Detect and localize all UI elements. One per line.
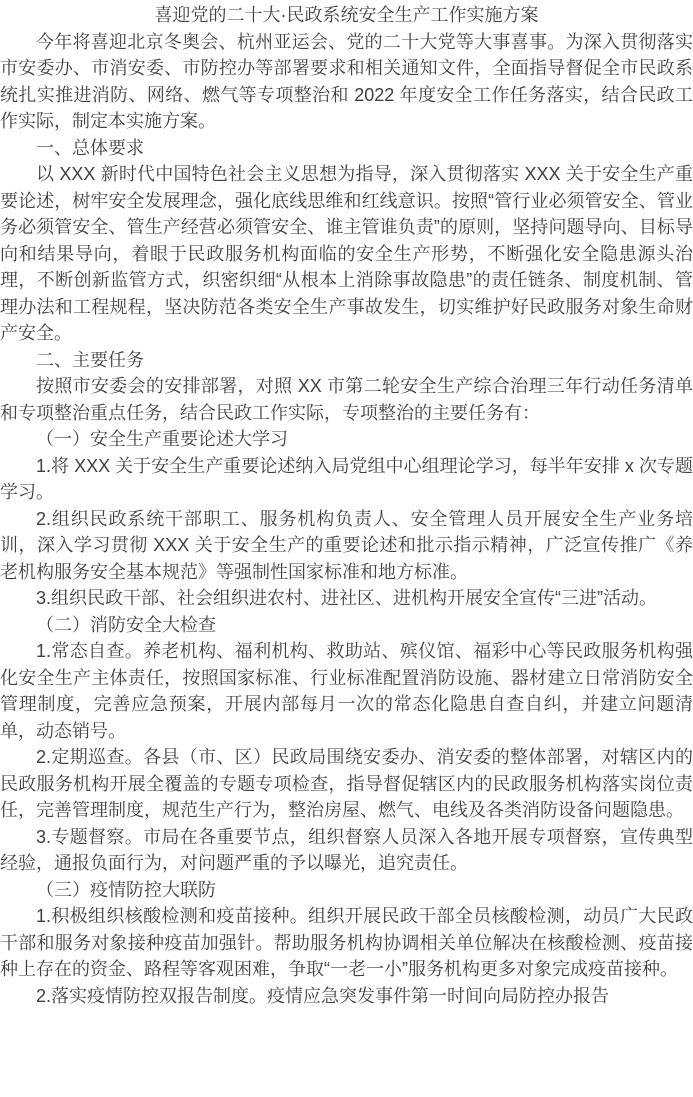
section-heading: （三）疫情防控大联防 [0,877,693,904]
paragraph: 2.定期巡查。各县（市、区）民政局围绕安委办、消安委的整体部署，对辖区内的民政服… [0,744,693,824]
document-title: 喜迎党的二十大·民政系统安全生产工作实施方案 [0,2,693,29]
document-page: 喜迎党的二十大·民政系统安全生产工作实施方案 今年将喜迎北京冬奥会、杭州亚运会、… [0,0,693,1009]
section-heading: 二、主要任务 [0,347,693,374]
section-heading: （二）消防安全大检查 [0,612,693,639]
paragraph: 按照市安委会的安排部署，对照 XX 市第二轮安全生产综合治理三年行动任务清单和专… [0,373,693,426]
paragraph: 3.专题督察。市局在各重要节点，组织督察人员深入各地开展专项督察，宣传典型经验，… [0,824,693,877]
section-heading: （一）安全生产重要论述大学习 [0,426,693,453]
paragraph: 2.组织民政系统干部职工、服务机构负责人、安全管理人员开展安全生产业务培训，深入… [0,506,693,586]
section-heading: 一、总体要求 [0,135,693,162]
paragraph: 以 XXX 新时代中国特色社会主义思想为指导，深入贯彻落实 XXX 关于安全生产… [0,161,693,347]
paragraph: 2.落实疫情防控双报告制度。疫情应急突发事件第一时间向局防控办报告 [0,983,693,1010]
paragraph: 今年将喜迎北京冬奥会、杭州亚运会、党的二十大党等大事喜事。为深入贯彻落实市安委办… [0,29,693,135]
paragraph: 1.常态自查。养老机构、福利机构、救助站、殡仪馆、福彩中心等民政服务机构强化安全… [0,638,693,744]
paragraph: 1.将 XXX 关于安全生产重要论述纳入局党组中心组理论学习，每半年安排 x 次… [0,453,693,506]
paragraph: 1.积极组织核酸检测和疫苗接种。组织开展民政干部全员核酸检测，动员广大民政干部和… [0,903,693,983]
paragraph: 3.组织民政干部、社会组织进农村、进社区、进机构开展安全宣传“三进”活动。 [0,585,693,612]
